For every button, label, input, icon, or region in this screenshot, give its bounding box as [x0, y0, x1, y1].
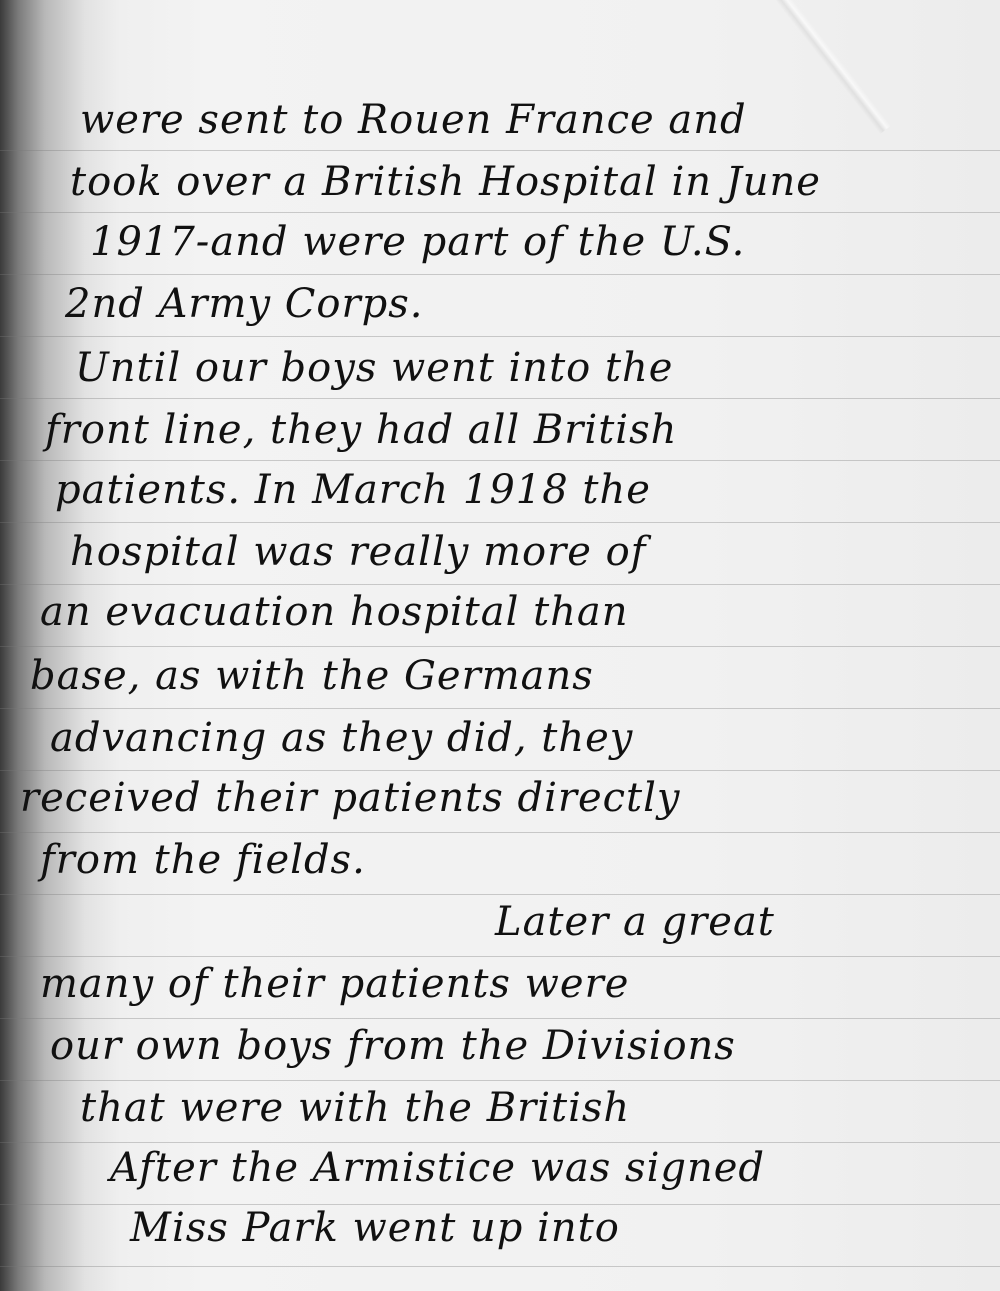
handwritten-line: After the Armistice was signed: [110, 1148, 765, 1188]
handwritten-line: Later a great: [495, 902, 775, 942]
ruled-line: [0, 336, 1000, 337]
ruled-line: [0, 274, 1000, 275]
ruled-line: [0, 770, 1000, 771]
ruled-line: [0, 956, 1000, 957]
handwritten-line: were sent to Rouen France and: [80, 100, 747, 140]
handwritten-line: received their patients directly: [20, 778, 681, 818]
notebook-page: were sent to Rouen France and took over …: [0, 0, 1000, 1291]
handwritten-line: base, as with the Germans: [30, 656, 594, 696]
ruled-line: [0, 1142, 1000, 1143]
ruled-line: [0, 398, 1000, 399]
handwritten-line: 2nd Army Corps.: [65, 284, 423, 324]
ruled-line: [0, 1266, 1000, 1267]
handwritten-line: advancing as they did, they: [50, 718, 633, 758]
ruled-line: [0, 522, 1000, 523]
ruled-line: [0, 212, 1000, 213]
ruled-line: [0, 150, 1000, 151]
handwritten-line: 1917-and were part of the U.S.: [90, 222, 745, 262]
handwritten-line: an evacuation hospital than: [40, 592, 629, 632]
handwritten-line: took over a British Hospital in June: [70, 162, 821, 202]
handwritten-line: our own boys from the Divisions: [50, 1026, 736, 1066]
paper-crease: [763, 0, 891, 134]
ruled-line: [0, 584, 1000, 585]
handwritten-line: front line, they had all British: [45, 410, 677, 450]
handwritten-line: hospital was really more of: [70, 532, 646, 572]
ruled-line: [0, 646, 1000, 647]
ruled-line: [0, 1080, 1000, 1081]
handwritten-line: many of their patients were: [40, 964, 629, 1004]
handwritten-line: that were with the British: [80, 1088, 630, 1128]
ruled-line: [0, 1018, 1000, 1019]
ruled-line: [0, 894, 1000, 895]
ruled-line: [0, 460, 1000, 461]
handwritten-line: from the fields.: [40, 840, 366, 880]
handwritten-line: patients. In March 1918 the: [55, 470, 651, 510]
ruled-line: [0, 832, 1000, 833]
ruled-line: [0, 708, 1000, 709]
handwritten-line: Until our boys went into the: [75, 348, 673, 388]
handwritten-line: Miss Park went up into: [130, 1208, 620, 1248]
